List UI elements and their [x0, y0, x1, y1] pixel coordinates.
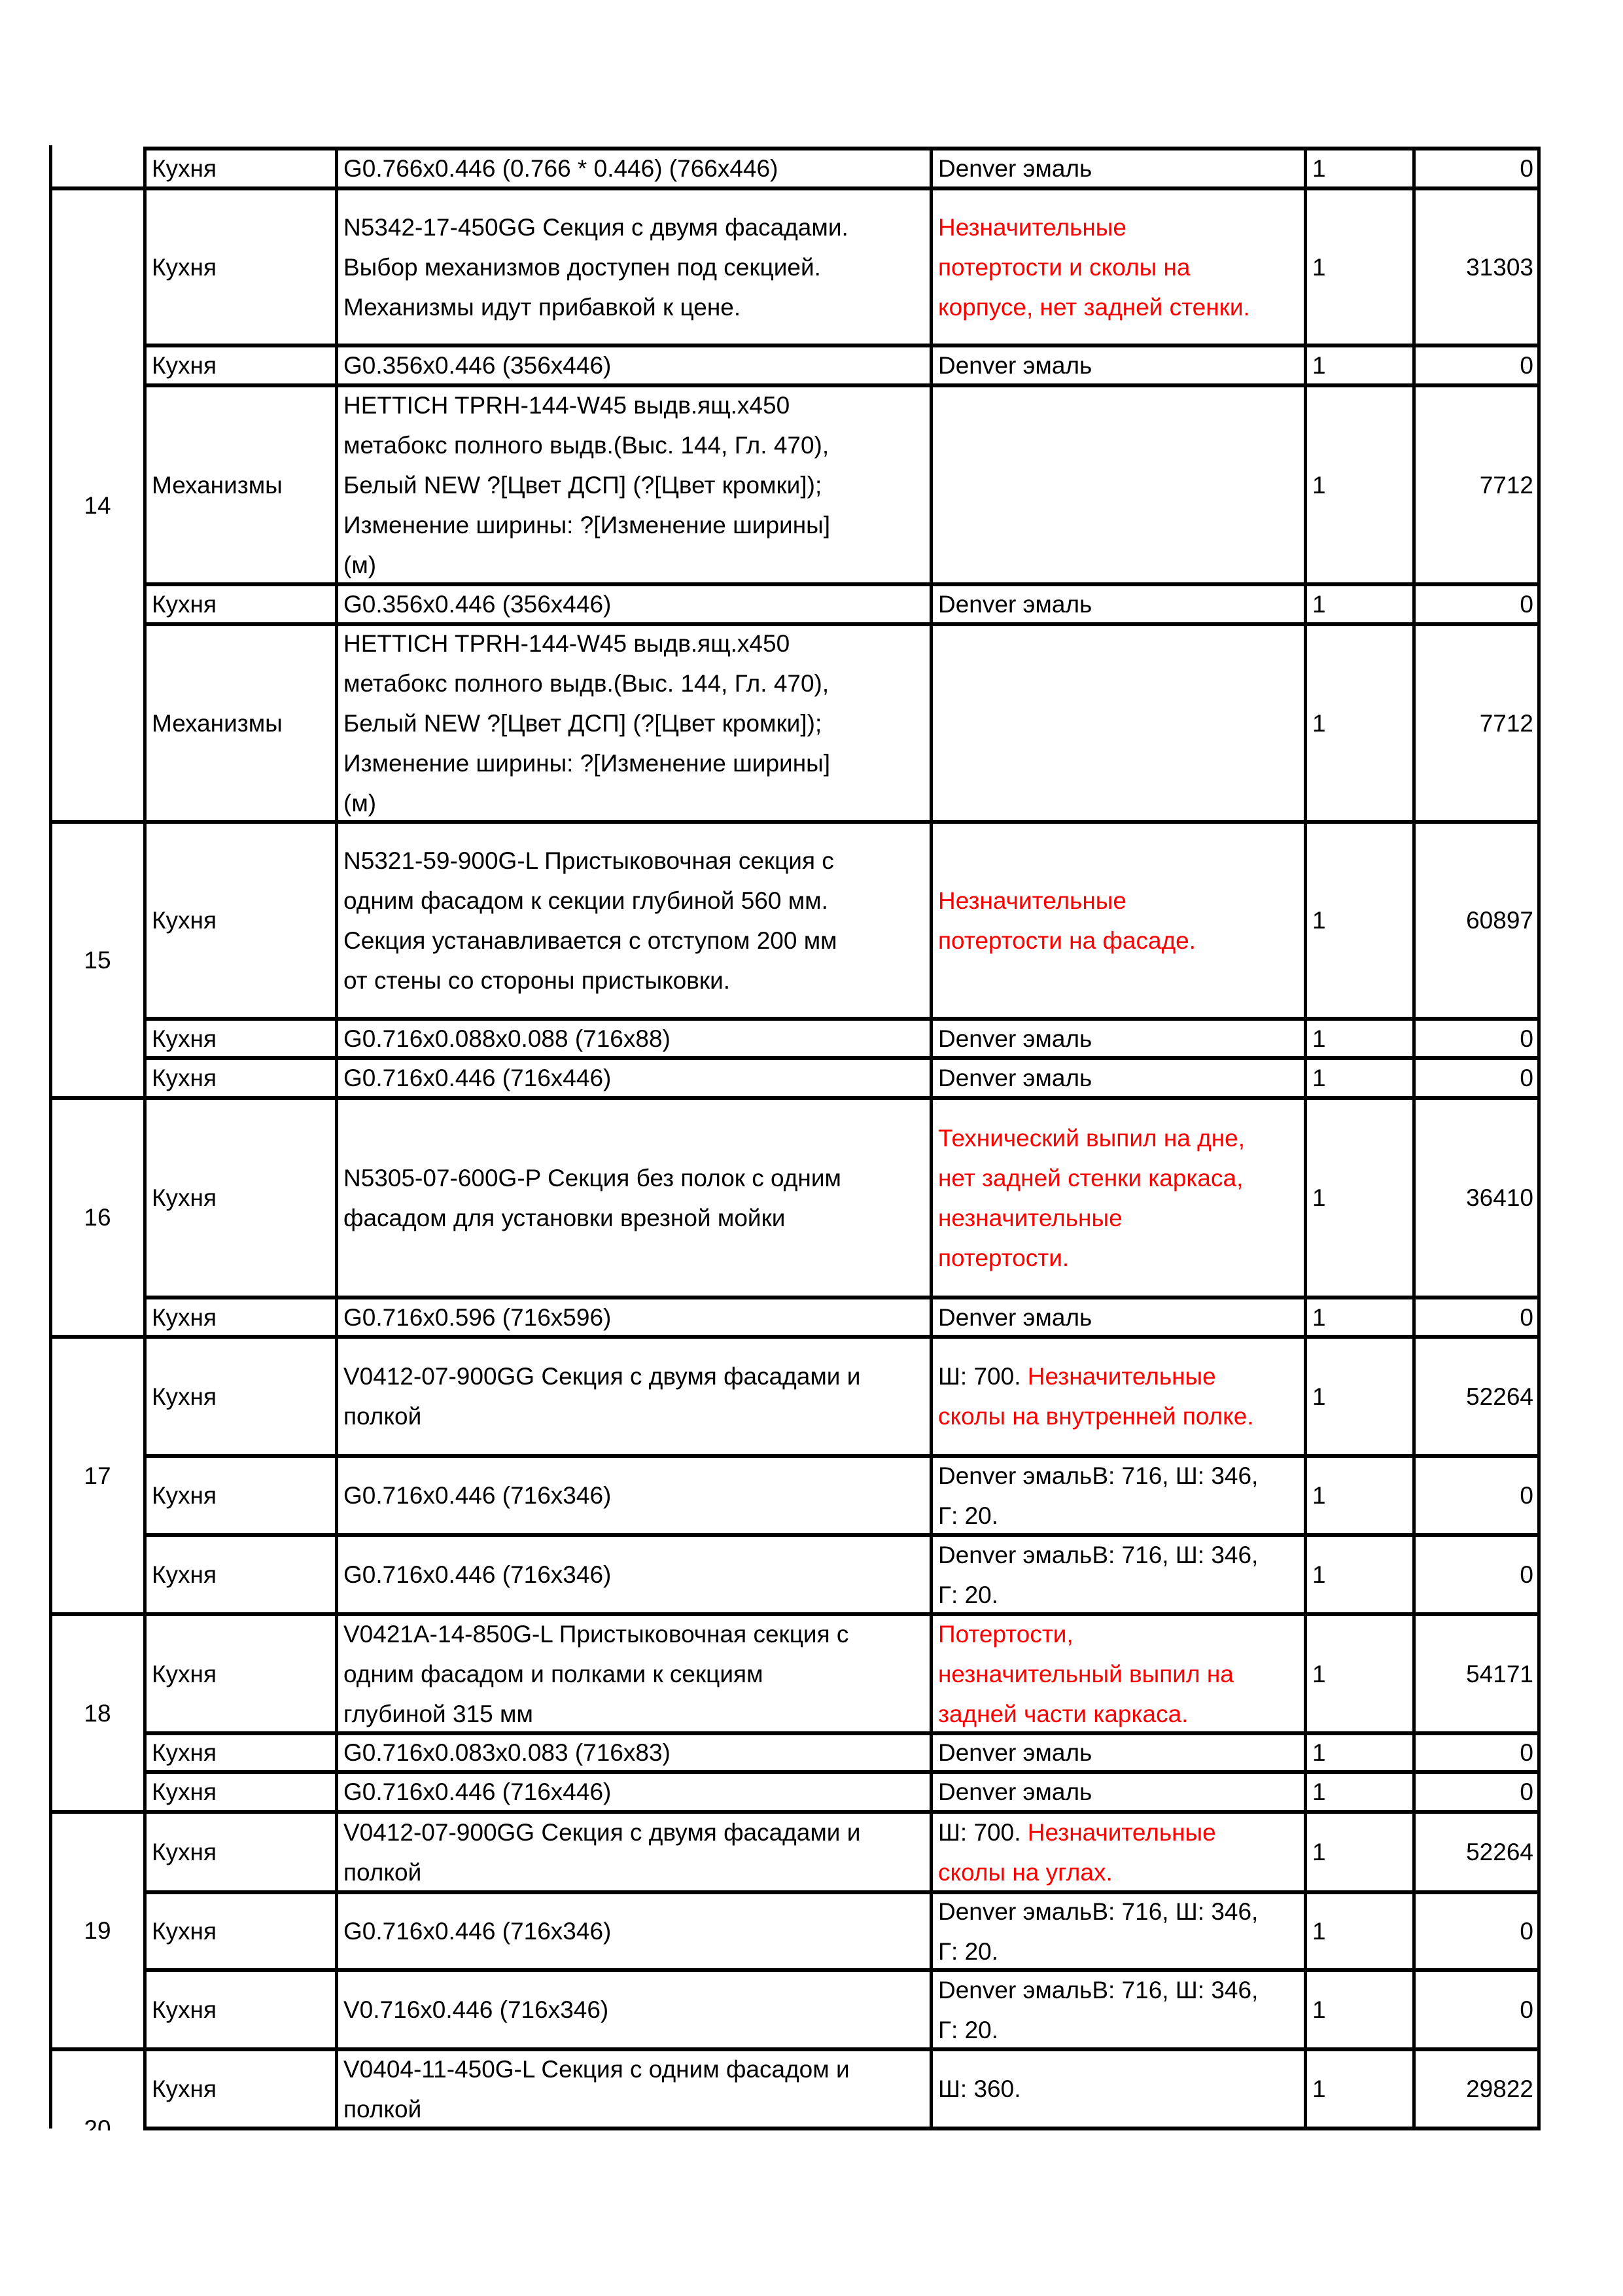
- category-cell: Кухня: [145, 1614, 336, 1733]
- note-cell: Ш: 360.: [931, 2049, 1305, 2128]
- quantity-cell: 1: [1305, 188, 1414, 345]
- defect-note: Незначительные потертости на фасаде.: [938, 887, 1196, 954]
- spec-note: Denver эмаль: [938, 1739, 1092, 1766]
- note-text: Denver эмальВ: 716, Ш: 346, Г: 20.: [938, 1535, 1258, 1614]
- grid-line: [143, 147, 147, 2130]
- price-cell: 52264: [1414, 1812, 1539, 1892]
- quantity-cell: 1: [1305, 1298, 1414, 1337]
- spreadsheet-page: КухняG0.766x0.446 (0.766 * 0.446) (766x4…: [0, 0, 1623, 2296]
- note-text: Denver эмальВ: 716, Ш: 346, Г: 20.: [938, 1892, 1258, 1970]
- note-cell: Denver эмаль: [931, 584, 1305, 624]
- quantity-cell: 1: [1305, 584, 1414, 624]
- note-cell: Ш: 700. Незначительные сколы на внутренн…: [931, 1337, 1305, 1456]
- price-cell: 54171: [1414, 1614, 1539, 1733]
- note-cell: Denver эмаль: [931, 1058, 1305, 1098]
- category-cell: Кухня: [145, 1535, 336, 1614]
- quantity-cell: 1: [1305, 1337, 1414, 1456]
- price-cell: 31303: [1414, 188, 1539, 345]
- quantity-cell: 1: [1305, 1892, 1414, 1970]
- note-text: Denver эмаль: [938, 1298, 1092, 1337]
- grid-line: [1412, 147, 1416, 2130]
- item-name-cell: G0.356x0.446 (356x446): [336, 584, 931, 624]
- price-cell: 60897: [1414, 822, 1539, 1019]
- category-cell: Механизмы: [145, 624, 336, 822]
- item-name-cell: V0412-07-900GG Секция с двумя фасадами и…: [336, 1812, 931, 1892]
- spec-note: Denver эмаль: [938, 1025, 1092, 1052]
- note-cell: Denver эмальВ: 716, Ш: 346, Г: 20.: [931, 1970, 1305, 2049]
- spec-note: Ш: 700.: [938, 1363, 1028, 1390]
- grid-line: [49, 2047, 147, 2051]
- grid-line: [49, 820, 147, 824]
- note-cell: Denver эмальВ: 716, Ш: 346, Г: 20.: [931, 1535, 1305, 1614]
- price-cell: 0: [1414, 1298, 1539, 1337]
- spec-note: Denver эмальВ: 716, Ш: 346, Г: 20.: [938, 1462, 1258, 1529]
- category-cell: Кухня: [145, 1019, 336, 1058]
- category-cell: Кухня: [145, 1970, 336, 2049]
- note-cell: Denver эмаль: [931, 345, 1305, 385]
- quantity-cell: 1: [1305, 624, 1414, 822]
- item-name-cell: V0421A-14-850G-L Пристыковочная секция с…: [336, 1614, 931, 1733]
- category-cell: Кухня: [145, 2049, 336, 2128]
- defect-note: Незначительные потертости и сколы на кор…: [938, 214, 1250, 321]
- item-name-cell: V0404-11-450G-L Секция с одним фасадом и…: [336, 2049, 931, 2128]
- note-text: Ш: 700. Незначительные сколы на углах.: [938, 1812, 1216, 1892]
- quantity-cell: 1: [1305, 1733, 1414, 1772]
- item-name-cell: G0.716x0.446 (716x346): [336, 1535, 931, 1614]
- price-cell: 36410: [1414, 1098, 1539, 1298]
- quantity-cell: 1: [1305, 1535, 1414, 1614]
- spec-note: Denver эмальВ: 716, Ш: 346, Г: 20.: [938, 1542, 1258, 1608]
- price-cell: 0: [1414, 1535, 1539, 1614]
- category-cell: Кухня: [145, 345, 336, 385]
- note-cell: Denver эмальВ: 716, Ш: 346, Г: 20.: [931, 1456, 1305, 1535]
- item-name-cell: HETTICH TPRH-144-W45 выдв.ящ.x450 метабо…: [336, 385, 931, 584]
- item-name-cell: V0.716x0.446 (716x346): [336, 1970, 931, 2049]
- item-name-cell: G0.716x0.083x0.083 (716x83): [336, 1733, 931, 1772]
- note-cell: Потертости, незначительный выпил на задн…: [931, 1614, 1305, 1733]
- grid-line: [1304, 147, 1307, 2130]
- note-cell: [931, 624, 1305, 822]
- category-cell: Кухня: [145, 1733, 336, 1772]
- price-cell: 0: [1414, 1733, 1539, 1772]
- spec-note: Denver эмаль: [938, 1065, 1092, 1091]
- price-cell: 0: [1414, 1456, 1539, 1535]
- spec-note: Denver эмаль: [938, 591, 1092, 618]
- price-cell: 7712: [1414, 385, 1539, 584]
- note-text: Потертости, незначительный выпил на задн…: [938, 1614, 1234, 1733]
- section-number: 19: [50, 1812, 145, 2049]
- note-cell: Denver эмаль: [931, 1772, 1305, 1812]
- spec-note: Denver эмальВ: 716, Ш: 346, Г: 20.: [938, 1977, 1258, 2043]
- note-cell: Незначительные потертости на фасаде.: [931, 822, 1305, 1019]
- item-name-cell: G0.766x0.446 (0.766 * 0.446) (766x446): [336, 149, 931, 188]
- category-cell: Кухня: [145, 1812, 336, 1892]
- section-number: 17: [50, 1337, 145, 1614]
- note-text: Denver эмаль: [938, 149, 1092, 188]
- item-name-cell: N5342-17-450GG Секция с двумя фасадами. …: [336, 188, 931, 345]
- note-text: Незначительные потертости на фасаде.: [938, 881, 1196, 961]
- price-cell: 52264: [1414, 1337, 1539, 1456]
- category-cell: Кухня: [145, 1298, 336, 1337]
- category-cell: Кухня: [145, 1058, 336, 1098]
- note-cell: Ш: 700. Незначительные сколы на углах.: [931, 1812, 1305, 1892]
- item-name-cell: G0.716x0.446 (716x446): [336, 1772, 931, 1812]
- note-text: Незначительные потертости и сколы на кор…: [938, 207, 1250, 327]
- note-text: Ш: 700. Незначительные сколы на внутренн…: [938, 1356, 1254, 1436]
- category-cell: Кухня: [145, 1098, 336, 1298]
- note-text: Denver эмальВ: 716, Ш: 346, Г: 20.: [938, 1456, 1258, 1535]
- price-cell: 0: [1414, 345, 1539, 385]
- note-text: Denver эмаль: [938, 1733, 1092, 1772]
- quantity-cell: 1: [1305, 1456, 1414, 1535]
- note-cell: Denver эмаль: [931, 1019, 1305, 1058]
- quantity-cell: 1: [1305, 1772, 1414, 1812]
- quantity-cell: 1: [1305, 1058, 1414, 1098]
- spec-note: Denver эмаль: [938, 1304, 1092, 1331]
- item-name-cell: V0412-07-900GG Секция с двумя фасадами и…: [336, 1337, 931, 1456]
- price-cell: 7712: [1414, 624, 1539, 822]
- grid-line: [930, 147, 933, 2130]
- price-cell: 0: [1414, 1970, 1539, 2049]
- section-number: 18: [50, 1614, 145, 1812]
- note-text: Denver эмаль: [938, 584, 1092, 624]
- category-cell: Кухня: [145, 1456, 336, 1535]
- price-cell: 0: [1414, 1058, 1539, 1098]
- spec-note: Denver эмальВ: 716, Ш: 346, Г: 20.: [938, 1898, 1258, 1965]
- section-number: 14: [50, 188, 145, 822]
- note-text: Denver эмальВ: 716, Ш: 346, Г: 20.: [938, 1970, 1258, 2049]
- defect-note: Потертости, незначительный выпил на задн…: [938, 1621, 1234, 1727]
- category-cell: Кухня: [145, 1772, 336, 1812]
- price-cell: 0: [1414, 1019, 1539, 1058]
- price-cell: 0: [1414, 1772, 1539, 1812]
- price-cell: 0: [1414, 584, 1539, 624]
- item-name-cell: G0.716x0.446 (716x346): [336, 1892, 931, 1970]
- item-name-cell: HETTICH TPRH-144-W45 выдв.ящ.x450 метабо…: [336, 624, 931, 822]
- item-name-cell: N5321-59-900G-L Пристыковочная секция с …: [336, 822, 931, 1019]
- section-number: 15: [50, 822, 145, 1098]
- note-cell: Denver эмальВ: 716, Ш: 346, Г: 20.: [931, 1892, 1305, 1970]
- note-cell: Незначительные потертости и сколы на кор…: [931, 188, 1305, 345]
- item-name-cell: G0.356x0.446 (356x446): [336, 345, 931, 385]
- quantity-cell: 1: [1305, 1614, 1414, 1733]
- note-cell: [931, 385, 1305, 584]
- category-cell: Кухня: [145, 822, 336, 1019]
- item-name-cell: G0.716x0.596 (716x596): [336, 1298, 931, 1337]
- quantity-cell: 1: [1305, 1970, 1414, 2049]
- grid-line: [49, 1096, 147, 1100]
- note-text: Denver эмаль: [938, 1058, 1092, 1098]
- section-number: [50, 149, 145, 188]
- note-text: Ш: 360.: [938, 2069, 1021, 2109]
- grid-line: [143, 147, 1541, 150]
- quantity-cell: 1: [1305, 1812, 1414, 1892]
- spec-note: Ш: 360.: [938, 2075, 1021, 2102]
- grid-line: [49, 1612, 147, 1616]
- spec-note: Ш: 700.: [938, 1819, 1028, 1846]
- price-cell: 0: [1414, 149, 1539, 188]
- note-text: Denver эмаль: [938, 1772, 1092, 1812]
- item-name-cell: G0.716x0.088x0.088 (716x88): [336, 1019, 931, 1058]
- spec-note: Denver эмаль: [938, 1778, 1092, 1805]
- spec-note: Denver эмаль: [938, 155, 1092, 182]
- note-cell: Denver эмаль: [931, 1733, 1305, 1772]
- grid-line: [49, 1335, 147, 1339]
- grid-line: [335, 147, 338, 2130]
- category-cell: Кухня: [145, 584, 336, 624]
- note-cell: Denver эмаль: [931, 149, 1305, 188]
- item-name-cell: G0.716x0.446 (716x446): [336, 1058, 931, 1098]
- quantity-cell: 1: [1305, 822, 1414, 1019]
- grid-line: [49, 1810, 147, 1814]
- grid-line: [49, 145, 52, 2128]
- price-cell: 0: [1414, 1892, 1539, 1970]
- quantity-cell: 1: [1305, 345, 1414, 385]
- quantity-cell: 1: [1305, 2049, 1414, 2128]
- defect-note: Технический выпил на дне, нет задней сте…: [938, 1125, 1245, 1271]
- category-cell: Кухня: [145, 188, 336, 345]
- note-text: Технический выпил на дне, нет задней сте…: [938, 1118, 1245, 1278]
- spec-note: Denver эмаль: [938, 352, 1092, 379]
- note-cell: Технический выпил на дне, нет задней сте…: [931, 1098, 1305, 1298]
- quantity-cell: 1: [1305, 149, 1414, 188]
- quantity-cell: 1: [1305, 385, 1414, 584]
- quantity-cell: 1: [1305, 1098, 1414, 1298]
- note-text: Denver эмаль: [938, 345, 1092, 385]
- category-cell: Кухня: [145, 149, 336, 188]
- quantity-cell: 1: [1305, 1019, 1414, 1058]
- grid-line: [49, 186, 147, 190]
- section-number: 16: [50, 1098, 145, 1337]
- note-text: Denver эмаль: [938, 1019, 1092, 1058]
- item-name-cell: N5305-07-600G-P Секция без полок с одним…: [336, 1098, 931, 1298]
- note-cell: Denver эмаль: [931, 1298, 1305, 1337]
- price-cell: 29822: [1414, 2049, 1539, 2128]
- item-name-cell: G0.716x0.446 (716x346): [336, 1456, 931, 1535]
- grid-line: [1537, 147, 1541, 2130]
- category-cell: Механизмы: [145, 385, 336, 584]
- category-cell: Кухня: [145, 1337, 336, 1456]
- page-bottom-margin: [0, 2130, 1623, 2296]
- category-cell: Кухня: [145, 1892, 336, 1970]
